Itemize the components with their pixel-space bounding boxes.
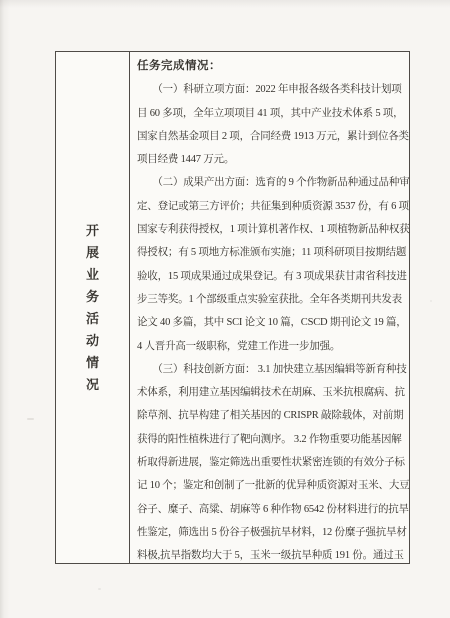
scan-noise-mark <box>27 418 34 420</box>
row-label-char: 活 <box>86 312 99 325</box>
text-line: 析取得新进展，鉴定筛选出重要性状紧密连锁的有效分子标 <box>137 451 401 474</box>
text-line: 除草剂、抗旱构建了相关基因的 CRISPR 敲除载体，对前期 <box>137 404 401 427</box>
text-line: 项目经费 1447 万元。 <box>137 148 401 171</box>
row-label-char: 情 <box>86 356 99 369</box>
text-line: 术体系，利用建立基因编辑技术在胡麻、玉米抗根腐病、抗 <box>137 381 401 404</box>
text-line: 论文 40 多篇，其中 SCI 论文 10 篇，CSCD 期刊论文 19 篇， <box>137 311 401 334</box>
text-line: 验收，15 项成果通过成果登记。有 3 项成果获甘肃省科技进 <box>137 265 401 288</box>
text-line: 国家自然基金项目 2 项，合同经费 1913 万元，累计到位各类 <box>137 125 401 148</box>
text-line: 4 人晋升高一级职称，党建工作进一步加强。 <box>137 335 401 358</box>
row-label-char: 开 <box>86 224 99 237</box>
text-line: （一）科研立项方面：2022 年申报各级各类科技计划项 <box>137 78 401 101</box>
task-completion-cell: 任务完成情况： （一）科研立项方面：2022 年申报各级各类科技计划项 目 60… <box>130 52 409 563</box>
text-line: 记 10 个；鉴定和创制了一批新的优异种质资源对玉米、大豆、 <box>137 474 401 497</box>
text-line: 目 60 多项，全年立项项目 41 项，其中产业技术体系 5 项， <box>137 102 401 125</box>
row-label-char: 务 <box>86 290 99 303</box>
text-line: 料极,抗旱指数均大于 5，玉米一级抗旱种质 191 份。通过玉 <box>137 544 401 563</box>
text-line: 获得的阳性植株进行了靶向测序。 3.2 作物重要功能基因解 <box>137 428 401 451</box>
row-label-char: 业 <box>86 268 99 281</box>
text-line: 得授权；有 5 项地方标准颁布实施；11 项科研项目按期结题 <box>137 241 401 264</box>
text-line: 步三等奖。1 个部级重点实验室获批。全年各类期刊共发表 <box>137 288 401 311</box>
text-line: （二）成果产出方面：选育的 9 个作物新品种通过品种审 <box>137 171 401 194</box>
row-label-char: 展 <box>86 246 99 259</box>
text-line: （三）科技创新方面： 3.1 加快建立基因编辑等新育种技 <box>137 358 401 381</box>
row-label-char: 况 <box>86 378 99 391</box>
cell-heading: 任务完成情况： <box>137 55 401 78</box>
scan-noise-mark <box>430 300 432 302</box>
scanned-document-page: 开 展 业 务 活 动 情 况 任务完成情况： （一）科研立项方面：2022 年… <box>0 0 450 618</box>
row-label-char: 动 <box>86 334 99 347</box>
text-line: 定、登记或第三方评价；共征集到种质资源 3537 份，有 6 项 <box>137 195 401 218</box>
text-line: 谷子、糜子、高粱、胡麻等 6 种作物 6542 份材料进行的抗旱 <box>137 498 401 521</box>
text-line: 性鉴定，筛选出 5 份谷子极强抗旱材料，12 份糜子强抗旱材 <box>137 521 401 544</box>
text-line: 国家专利获得授权，1 项计算机著作权、1 项植物新品种权获 <box>137 218 401 241</box>
row-label-cell: 开 展 业 务 活 动 情 况 <box>56 52 130 563</box>
scan-noise-mark <box>98 588 101 590</box>
report-table: 开 展 业 务 活 动 情 况 任务完成情况： （一）科研立项方面：2022 年… <box>55 51 410 564</box>
